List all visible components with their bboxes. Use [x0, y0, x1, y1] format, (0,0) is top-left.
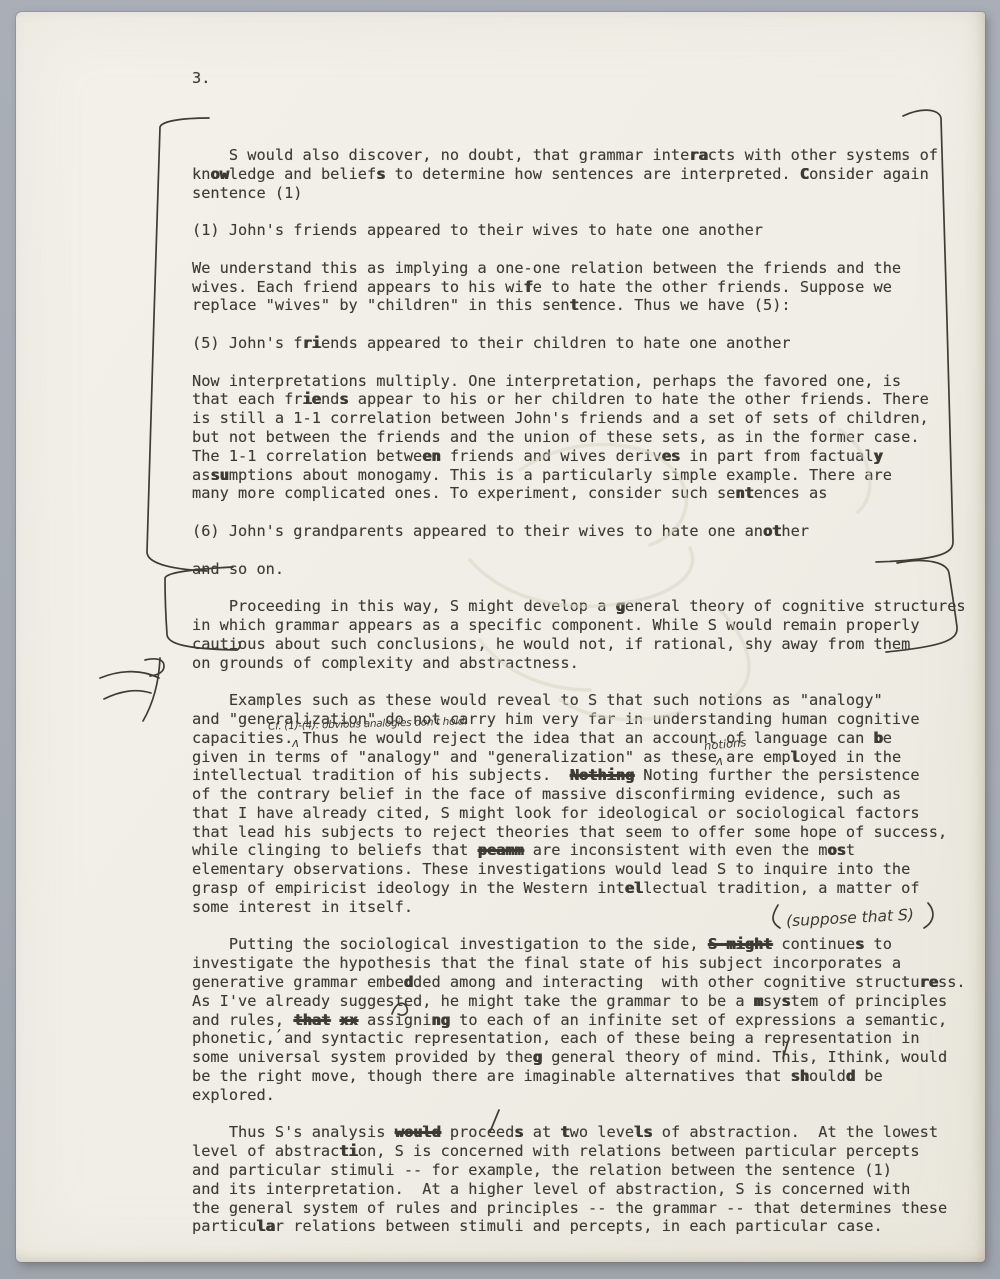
typed-line: explored. [192, 1086, 966, 1105]
paragraph: We understand this as implying a one-one… [192, 259, 966, 315]
typed-line: grasp of empiricist ideology in the West… [192, 879, 966, 898]
paragraph: Now interpretations multiply. One interp… [192, 372, 966, 504]
paragraph: S would also discover, no doubt, that gr… [192, 146, 966, 202]
typed-line: (6) John's grandparents appeared to thei… [192, 522, 966, 541]
typed-line: and its interpretation. At a higher leve… [192, 1180, 966, 1199]
typed-line: in which grammar appears as a specific c… [192, 616, 966, 635]
typed-line: cautious about such conclusions, he woul… [192, 635, 966, 654]
typed-line: on grounds of complexity and abstractnes… [192, 654, 966, 673]
typed-line: that lead his subjects to reject theorie… [192, 823, 966, 842]
caret-icon: ʌ [716, 754, 723, 768]
typed-line: some universal system provided by theg g… [192, 1048, 966, 1067]
typed-line: Examples such as these would reveal to S… [192, 691, 966, 710]
typed-line: level of abstraction, S is concerned wit… [192, 1142, 966, 1161]
typed-line: particular relations between stimuli and… [192, 1217, 966, 1236]
typed-line: S would also discover, no doubt, that gr… [192, 146, 966, 165]
typed-line: that I have already cited, S might look … [192, 804, 966, 823]
typed-line: be the right move, though there are imag… [192, 1067, 966, 1086]
paragraph: and so on. [192, 560, 966, 579]
typed-line: Putting the sociological investigation t… [192, 935, 966, 954]
typed-line: given in terms of "analogy" and "general… [192, 748, 966, 767]
typed-line: assumptions about monogamy. This is a pa… [192, 466, 966, 485]
paragraph: Proceeding in this way, S might develop … [192, 597, 966, 672]
typed-line: many more complicated ones. To experimen… [192, 484, 966, 503]
typed-line: of the contrary belief in the face of ma… [192, 785, 966, 804]
paragraph: Putting the sociological investigation t… [192, 935, 966, 1104]
typed-line: phonetic, and syntactic representation, … [192, 1029, 966, 1048]
typed-line: and so on. [192, 560, 966, 579]
typed-line: generative grammar embedded among and in… [192, 973, 966, 992]
typed-line: wives. Each friend appears to his wife t… [192, 278, 966, 297]
paragraph: (6) John's grandparents appeared to thei… [192, 522, 966, 541]
typed-line: elementary observations. These investiga… [192, 860, 966, 879]
typed-line: intellectual tradition of his subjects. … [192, 766, 966, 785]
typed-line: Proceeding in this way, S might develop … [192, 597, 966, 616]
typed-line: Now interpretations multiply. One interp… [192, 372, 966, 391]
typed-line: (5) John's friends appeared to their chi… [192, 334, 966, 353]
typed-line: and particular stimuli -- for example, t… [192, 1161, 966, 1180]
typed-text-body: S would also discover, no doubt, that gr… [192, 146, 966, 1255]
typed-line: sentence (1) [192, 184, 966, 203]
caret-icon: ʌ [292, 736, 299, 750]
typed-line: and rules, that xx assigning to each of … [192, 1011, 966, 1030]
typed-line: investigate the hypothesis that the fina… [192, 954, 966, 973]
typed-line: (1) John's friends appeared to their wiv… [192, 221, 966, 240]
paragraph: (1) John's friends appeared to their wiv… [192, 221, 966, 240]
typed-line: knowledge and beliefs to determine how s… [192, 165, 966, 184]
typed-line: that each friends appear to his or her c… [192, 390, 966, 409]
typed-line: is still a 1-1 correlation between John'… [192, 409, 966, 428]
typed-line: but not between the friends and the unio… [192, 428, 966, 447]
typed-line: replace "wives" by "children" in this se… [192, 296, 966, 315]
typed-line: while clinging to beliefs that peamm are… [192, 841, 966, 860]
page-number: 3. [192, 69, 210, 87]
typed-line: The 1-1 correlation between friends and … [192, 447, 966, 466]
typed-line: As I've already suggested, he might take… [192, 992, 966, 1011]
typed-line: Thus S's analysis would proceeds at two … [192, 1123, 966, 1142]
scan-background: 3. S would also discover, no doubt, that… [0, 0, 1000, 1279]
paragraph: Thus S's analysis would proceeds at two … [192, 1123, 966, 1236]
document-page: 3. S would also discover, no doubt, that… [16, 12, 985, 1262]
typed-line: We understand this as implying a one-one… [192, 259, 966, 278]
typed-line: the general system of rules and principl… [192, 1199, 966, 1218]
paragraph: (5) John's friends appeared to their chi… [192, 334, 966, 353]
